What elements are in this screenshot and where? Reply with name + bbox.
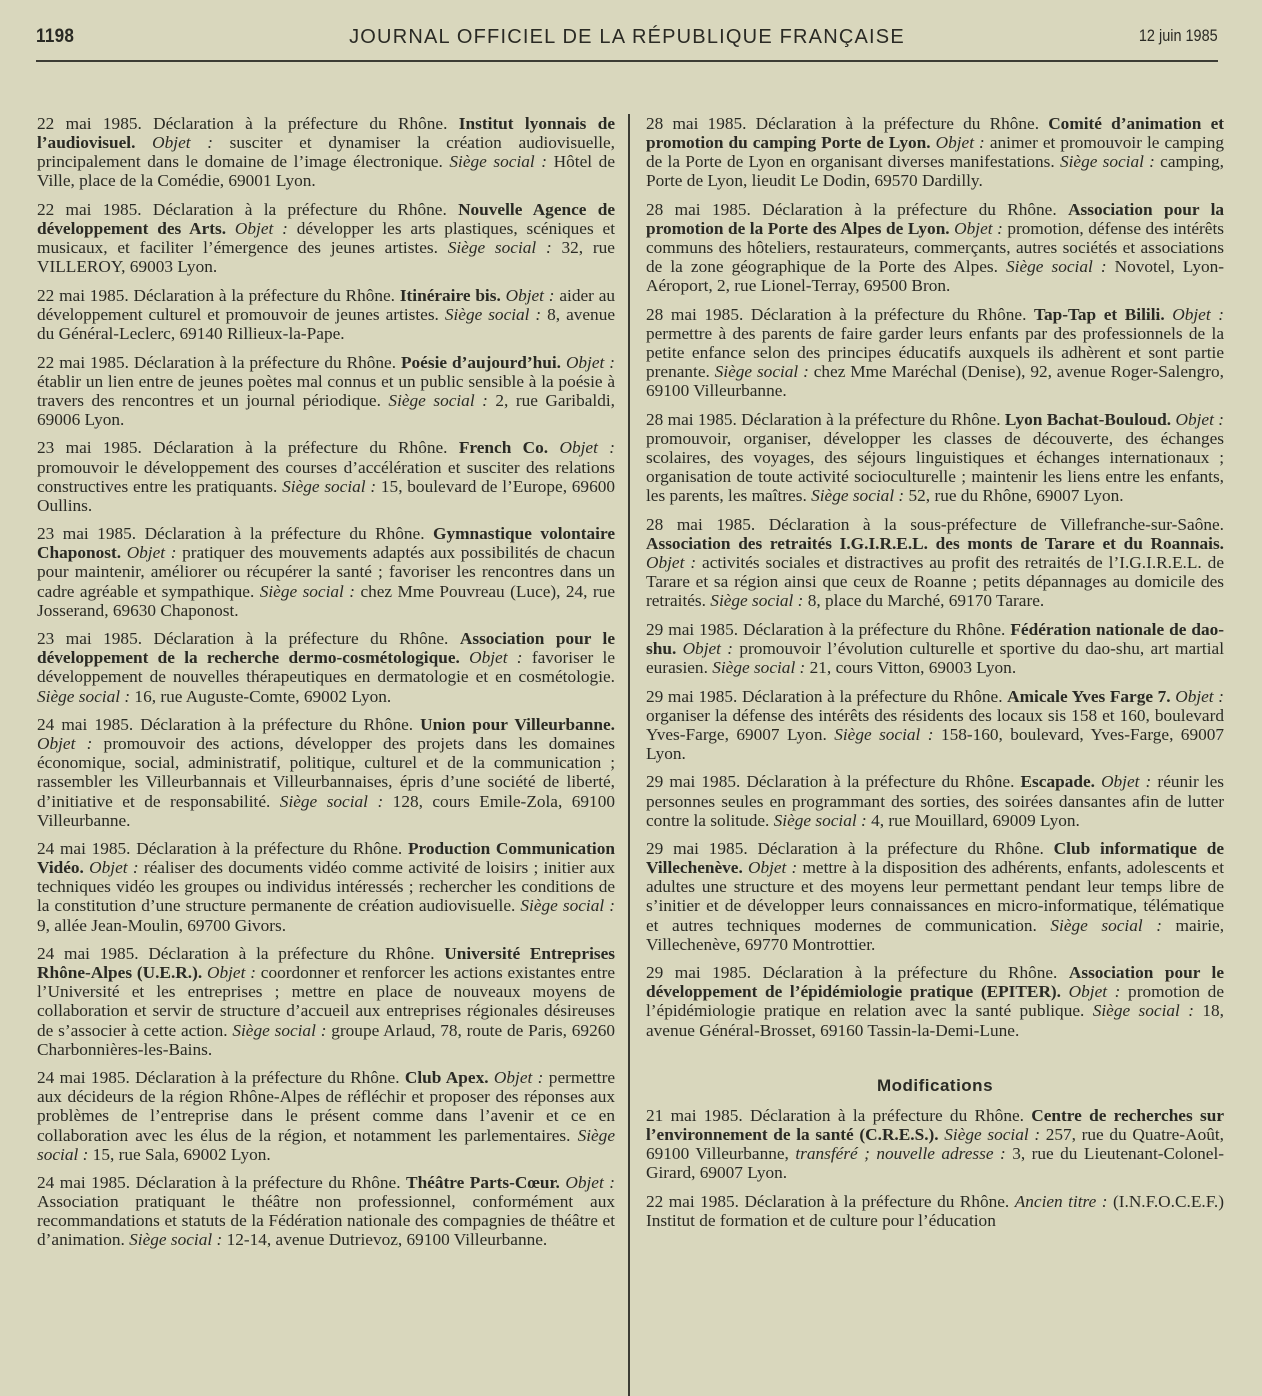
siege-label: Siège social : — [710, 591, 803, 610]
siege-label: Siège social : — [448, 238, 552, 257]
transfer-label: transféré ; nouvelle adresse : — [795, 1144, 1005, 1163]
siege-label: Siège social : — [939, 1125, 1040, 1144]
entry-intro: 29 mai 1985. Déclaration à la préfecture… — [646, 687, 1007, 706]
siege-label: Siège social : — [260, 582, 355, 601]
entry-intro: 24 mai 1985. Déclaration à la préfecture… — [37, 1068, 405, 1087]
siege-address: 21, cours Vitton, 69003 Lyon. — [805, 658, 1016, 677]
entry-intro: 24 mai 1985. Déclaration à la préfecture… — [37, 1173, 406, 1192]
entry-intro: 24 mai 1985. Déclaration à la préfecture… — [37, 839, 408, 858]
declaration-entry: 24 mai 1985. Déclaration à la préfecture… — [37, 839, 615, 934]
declaration-entry: 22 mai 1985. Déclaration à la préfecture… — [37, 286, 615, 343]
objet-label: Objet : — [1175, 687, 1224, 706]
objet-label: Objet : — [37, 734, 92, 753]
siege-label: Siège social : — [811, 486, 904, 505]
declaration-entry: 22 mai 1985. Déclaration à la préfecture… — [37, 353, 615, 429]
spacer — [1061, 982, 1069, 1001]
declaration-entry: 22 mai 1985. Déclaration à la préfecture… — [37, 114, 615, 190]
entry-intro: 28 mai 1985. Déclaration à la préfecture… — [646, 410, 1005, 429]
siege-label: Siège social : — [445, 305, 541, 324]
siege-label: Siège social : — [715, 362, 809, 381]
entry-intro: 22 mai 1985. Déclaration à la préfecture… — [37, 353, 401, 372]
declaration-entry: 24 mai 1985. Déclaration à la préfecture… — [37, 1068, 615, 1163]
siege-label: Siège social : — [774, 811, 867, 830]
entry-intro: 22 mai 1985. Déclaration à la préfecture… — [646, 1192, 1015, 1211]
objet-label: Objet : — [127, 543, 177, 562]
association-name: Association des retraités I.G.I.R.E.L. d… — [646, 534, 1224, 553]
entry-intro: 22 mai 1985. Déclaration à la préfecture… — [37, 114, 459, 133]
declaration-entry: 28 mai 1985. Déclaration à la préfecture… — [646, 114, 1224, 190]
siege-label: Siège social : — [129, 1230, 222, 1249]
siege-label: Siège social : — [449, 152, 547, 171]
association-name: Lyon Bachat-Bouloud. — [1005, 410, 1171, 429]
siege-label: Siège social : — [37, 687, 130, 706]
objet-label: Objet : — [1101, 772, 1151, 791]
left-column: 22 mai 1985. Déclaration à la préfecture… — [37, 114, 615, 1259]
objet-label: Objet : — [954, 219, 1003, 238]
siege-label: Siège social : — [232, 1021, 326, 1040]
section-title-modifications: Modifications — [646, 1076, 1224, 1096]
siege-address: 15, rue Sala, 69002 Lyon. — [88, 1145, 270, 1164]
entry-intro: 28 mai 1985. Déclaration à la préfecture… — [646, 305, 1034, 324]
entry-intro: 22 mai 1985. Déclaration à la préfecture… — [37, 286, 400, 305]
entry-intro: 24 mai 1985. Déclaration à la préfecture… — [37, 944, 444, 963]
objet-label: Objet : — [566, 353, 615, 372]
siege-address: 8, place du Marché, 69170 Tarare. — [803, 591, 1044, 610]
siege-label: Siège social : — [282, 477, 376, 496]
declaration-entry: 28 mai 1985. Déclaration à la préfecture… — [646, 410, 1224, 505]
siege-address: 4, rue Mouillard, 69009 Lyon. — [867, 811, 1080, 830]
entry-intro: 23 mai 1985. Déclaration à la préfecture… — [37, 524, 433, 543]
siege-label: Siège social : — [834, 725, 933, 744]
entry-intro: 28 mai 1985. Déclaration à la préfecture… — [646, 114, 1048, 133]
siege-label: Siège social : — [520, 896, 615, 915]
declaration-entry: 29 mai 1985. Déclaration à la préfecture… — [646, 620, 1224, 677]
siege-address: 52, rue du Rhône, 69007 Lyon. — [904, 486, 1123, 505]
entry-intro: 29 mai 1985. Déclaration à la préfecture… — [646, 772, 1021, 791]
declaration-entry: 29 mai 1985. Déclaration à la préfecture… — [646, 839, 1224, 954]
former-title-label: Ancien titre : — [1015, 1192, 1108, 1211]
objet-label: Objet : — [207, 963, 256, 982]
declaration-entry: 23 mai 1985. Déclaration à la préfecture… — [37, 524, 615, 619]
entry-intro: 28 mai 1985. Déclaration à la préfecture… — [646, 200, 1068, 219]
spacer — [135, 133, 152, 152]
objet-label: Objet : — [152, 133, 213, 152]
declaration-entry: 24 mai 1985. Déclaration à la préfecture… — [37, 1173, 615, 1249]
entry-intro: 23 mai 1985. Déclaration à la préfecture… — [37, 629, 460, 648]
objet-label: Objet : — [89, 858, 138, 877]
association-name: Théâtre Parts-Cœur. — [406, 1173, 560, 1192]
objet-label: Objet : — [1175, 410, 1224, 429]
objet-label: Objet : — [235, 219, 288, 238]
siege-label: Siège social : — [1006, 257, 1107, 276]
entry-intro: 29 mai 1985. Déclaration à la préfecture… — [646, 963, 1069, 982]
objet-label: Objet : — [565, 1173, 615, 1192]
declaration-entry: 23 mai 1985. Déclaration à la préfecture… — [37, 629, 615, 705]
right-column: 28 mai 1985. Déclaration à la préfecture… — [646, 114, 1224, 1239]
objet-label: Objet : — [559, 438, 615, 457]
siege-address: 16, rue Auguste-Comte, 69002 Lyon. — [130, 687, 391, 706]
entry-intro: 23 mai 1985. Déclaration à la préfecture… — [37, 438, 459, 457]
spacer — [226, 219, 235, 238]
entry-intro: 24 mai 1985. Déclaration à la préfecture… — [37, 715, 420, 734]
entry-intro: 21 mai 1985. Déclaration à la préfecture… — [646, 1106, 1031, 1125]
association-name: French Co. — [459, 438, 548, 457]
association-name: Poésie d’aujourd’hui. — [401, 353, 561, 372]
siege-label: Siège social : — [280, 792, 383, 811]
column-divider — [628, 114, 630, 1396]
spacer — [460, 648, 469, 667]
header-rule — [36, 60, 1218, 62]
objet-label: Objet : — [936, 133, 985, 152]
siege-address: 12-14, avenue Dutrievoz, 69100 Villeurba… — [222, 1230, 547, 1249]
siege-address: 9, allée Jean-Moulin, 69700 Givors. — [37, 916, 286, 935]
declaration-entry: 29 mai 1985. Déclaration à la préfecture… — [646, 687, 1224, 763]
entry-intro: 22 mai 1985. Déclaration à la préfecture… — [37, 200, 458, 219]
association-name: Tap-Tap et Bilili. — [1034, 305, 1165, 324]
objet-label: Objet : — [748, 858, 797, 877]
siege-label: Siège social : — [1060, 152, 1155, 171]
modification-entry: 21 mai 1985. Déclaration à la préfecture… — [646, 1106, 1224, 1182]
declaration-entry: 28 mai 1985. Déclaration à la sous-préfe… — [646, 515, 1224, 610]
objet-label: Objet : — [683, 639, 733, 658]
entry-intro: 29 mai 1985. Déclaration à la préfecture… — [646, 620, 1010, 639]
objet-label: Objet : — [494, 1068, 544, 1087]
modification-entry: 22 mai 1985. Déclaration à la préfecture… — [646, 1192, 1224, 1230]
association-name: Club Apex. — [405, 1068, 489, 1087]
spacer — [548, 438, 559, 457]
journal-title: JOURNAL OFFICIEL DE LA RÉPUBLIQUE FRANÇA… — [36, 26, 1218, 49]
siege-label: Siège social : — [1050, 916, 1162, 935]
siege-label: Siège social : — [1093, 1001, 1194, 1020]
declaration-entry: 24 mai 1985. Déclaration à la préfecture… — [37, 944, 615, 1059]
objet-label: Objet : — [1069, 982, 1121, 1001]
siege-label: Siège social : — [388, 391, 487, 410]
page-header: 1198 JOURNAL OFFICIEL DE LA RÉPUBLIQUE F… — [36, 22, 1218, 62]
association-name: Union pour Villeurbanne. — [420, 715, 615, 734]
association-name: Escapade. — [1021, 772, 1095, 791]
declaration-entry: 23 mai 1985. Déclaration à la préfecture… — [37, 438, 615, 514]
declaration-entry: 28 mai 1985. Déclaration à la préfecture… — [646, 305, 1224, 400]
declaration-entry: 29 mai 1985. Déclaration à la préfecture… — [646, 772, 1224, 829]
association-name: Amicale Yves Farge 7. — [1007, 687, 1170, 706]
objet-label: Objet : — [1172, 305, 1224, 324]
publication-date: 12 juin 1985 — [1139, 26, 1218, 46]
entry-intro: 29 mai 1985. Déclaration à la préfecture… — [646, 839, 1054, 858]
objet-label: Objet : — [646, 553, 696, 572]
declaration-entry: 22 mai 1985. Déclaration à la préfecture… — [37, 200, 615, 276]
declaration-entry: 24 mai 1985. Déclaration à la préfecture… — [37, 715, 615, 830]
association-name: Itinéraire bis. — [400, 286, 501, 305]
entry-intro: 28 mai 1985. Déclaration à la sous-préfe… — [646, 515, 1224, 534]
declaration-entry: 29 mai 1985. Déclaration à la préfecture… — [646, 963, 1224, 1039]
objet-label: Objet : — [469, 648, 522, 667]
declaration-entry: 28 mai 1985. Déclaration à la préfecture… — [646, 200, 1224, 295]
siege-label: Siège social : — [712, 658, 805, 677]
objet-label: Objet : — [506, 286, 555, 305]
